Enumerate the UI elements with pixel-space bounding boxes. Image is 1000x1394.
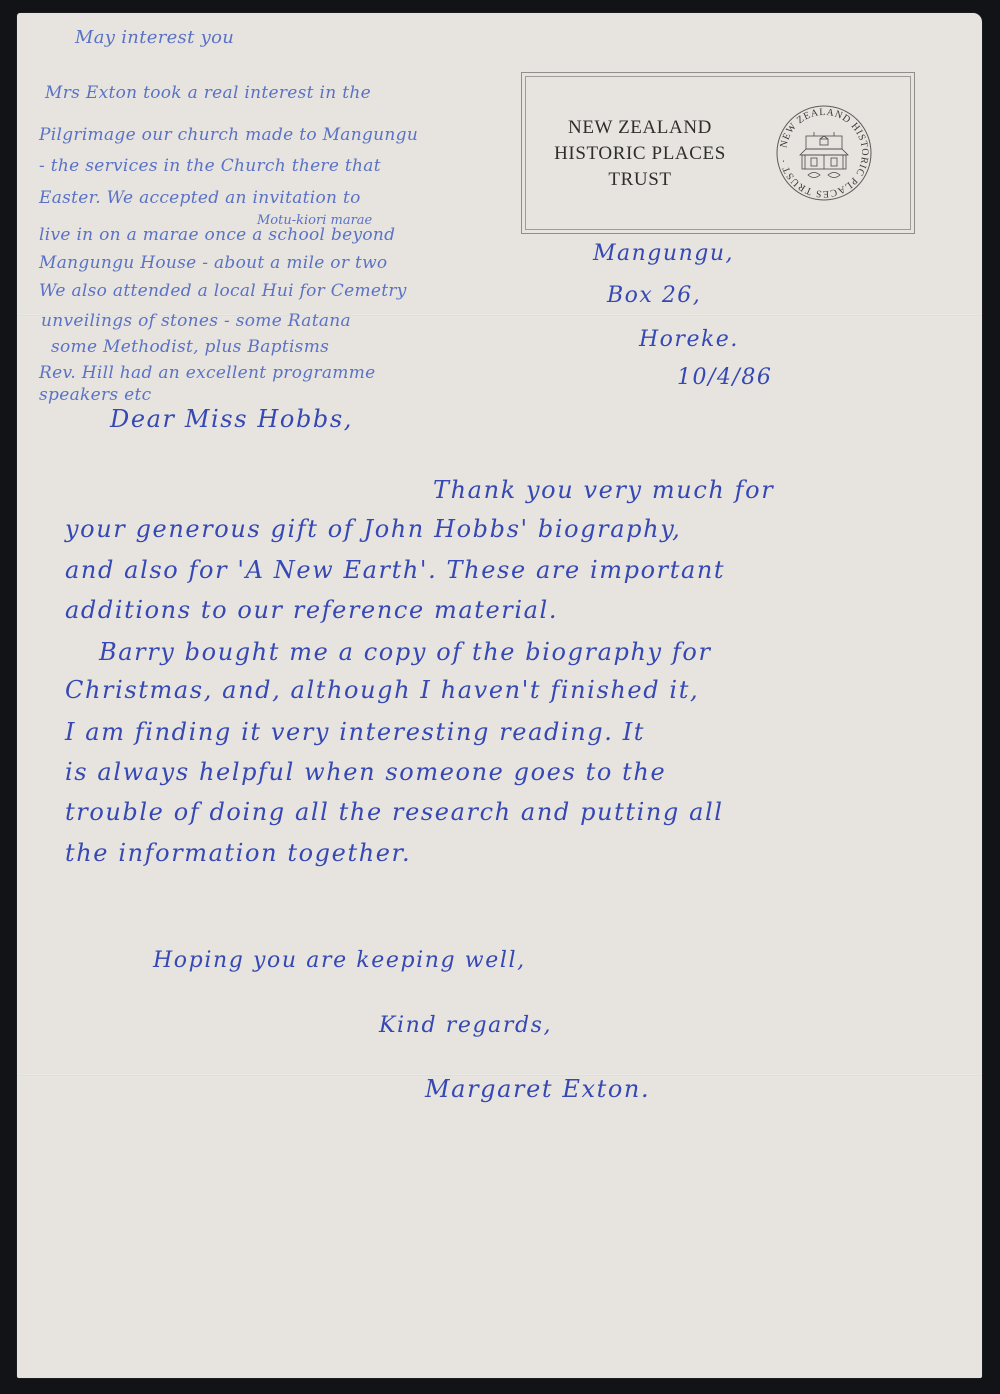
closing-regards: Kind regards,	[379, 1013, 552, 1038]
body-line: trouble of doing all the research and pu…	[65, 798, 724, 826]
address-line: Mangungu,	[593, 241, 734, 266]
body-line: Christmas, and, although I haven't finis…	[65, 676, 699, 704]
org-name-line-3: TRUST	[540, 167, 740, 193]
margin-note-line: Mrs Exton took a real interest in the	[45, 83, 371, 103]
margin-note-line: Rev. Hill had an excellent programme	[39, 363, 376, 383]
body-line: Barry bought me a copy of the biography …	[99, 638, 712, 666]
address-line: Horeke.	[639, 327, 739, 352]
letter-date: 10/4/86	[677, 365, 772, 390]
salutation: Dear Miss Hobbs,	[110, 405, 353, 433]
margin-note-line: unveilings of stones - some Ratana	[41, 311, 351, 331]
org-name-line-1: NEW ZEALAND	[540, 115, 740, 141]
org-name-line-2: HISTORIC PLACES	[540, 141, 740, 167]
seal-ring-text: NEW ZEALAND HISTORIC PLACES TRUST ·	[778, 107, 870, 199]
letterhead: NEW ZEALAND HISTORIC PLACES TRUST NEW ZE…	[521, 72, 915, 234]
body-line: your generous gift of John Hobbs' biogra…	[65, 515, 681, 543]
signature: Margaret Exton.	[425, 1075, 650, 1103]
body-line: and also for 'A New Earth'. These are im…	[65, 556, 725, 584]
margin-note-line: We also attended a local Hui for Cemetry	[39, 281, 407, 301]
closing-wish: Hoping you are keeping well,	[153, 948, 526, 973]
margin-note-line: live in on a marae once a school beyond	[39, 225, 395, 245]
margin-note-line: some Methodist, plus Baptisms	[51, 337, 329, 357]
historic-house-seal-icon: NEW ZEALAND HISTORIC PLACES TRUST ·	[774, 103, 874, 203]
margin-note-line: Pilgrimage our church made to Mangungu	[39, 125, 418, 145]
margin-note-line: speakers etc	[39, 385, 151, 405]
organization-name: NEW ZEALAND HISTORIC PLACES TRUST	[540, 115, 740, 193]
body-line: is always helpful when someone goes to t…	[65, 758, 666, 786]
body-line: additions to our reference material.	[65, 596, 558, 624]
body-line: the information together.	[65, 839, 411, 867]
address-line: Box 26,	[607, 283, 701, 308]
letter-page: NEW ZEALAND HISTORIC PLACES TRUST NEW ZE…	[17, 13, 982, 1378]
margin-note-heading: May interest you	[75, 27, 234, 48]
margin-note-line: Mangungu House - about a mile or two	[39, 253, 387, 273]
body-line: Thank you very much for	[433, 476, 774, 504]
body-line: I am finding it very interesting reading…	[65, 718, 645, 746]
svg-text:NEW ZEALAND HISTORIC PLACES TR: NEW ZEALAND HISTORIC PLACES TRUST ·	[778, 107, 870, 199]
margin-note-line: - the services in the Church there that	[39, 156, 381, 176]
margin-note-line: Easter. We accepted an invitation to	[39, 188, 361, 208]
